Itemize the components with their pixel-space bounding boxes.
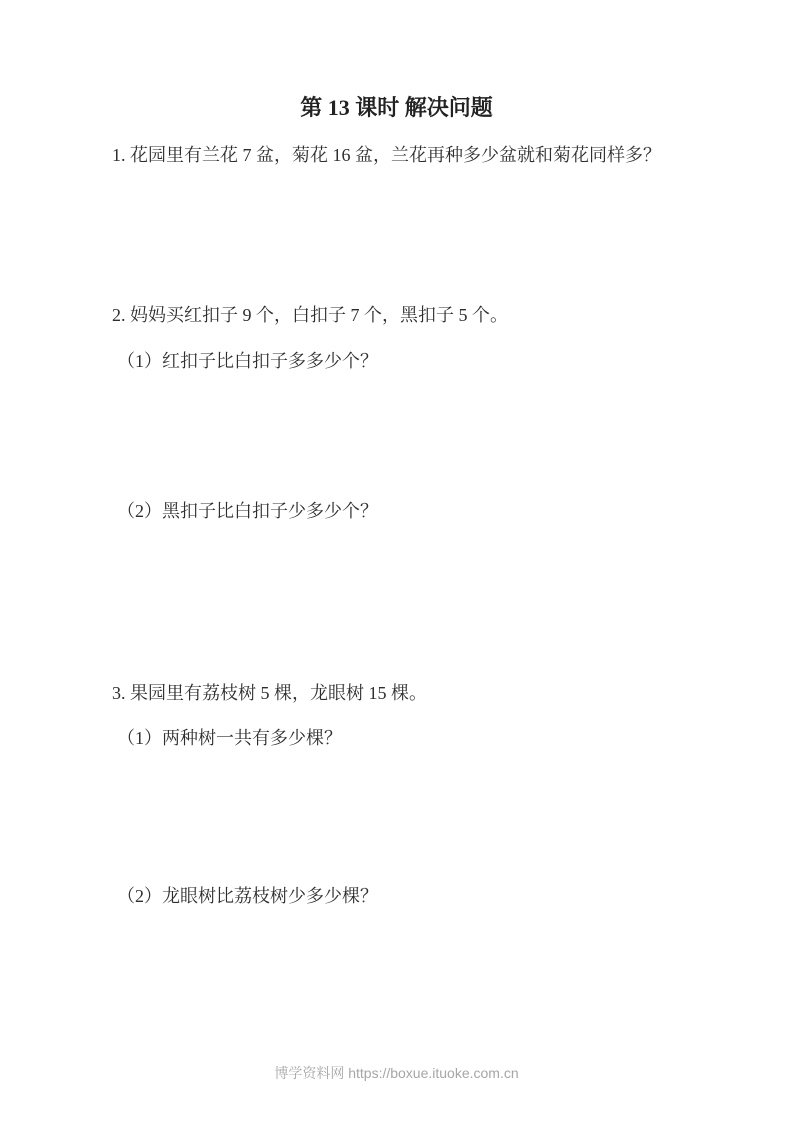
question-2-text: 2. 妈妈买红扣子 9 个，白扣子 7 个，黑扣子 5 个。 (112, 304, 508, 327)
page-title: 第 13 课时 解决问题 (0, 94, 793, 123)
question-2-sub-2-text: （2）黑扣子比白扣子少多少个？ (117, 500, 378, 523)
question-1-text: 1. 花园里有兰花 7 盆，菊花 16 盆，兰花再种多少盆就和菊花同样多？ (112, 144, 661, 167)
footer-watermark: 博学资料网 https://boxue.ituoke.com.cn (0, 1064, 793, 1084)
question-2-sub-1-text: （1）红扣子比白扣子多多少个？ (117, 350, 378, 373)
worksheet-page: 第 13 课时 解决问题 1. 花园里有兰花 7 盆，菊花 16 盆，兰花再种多… (0, 0, 793, 1122)
question-3-sub-1-text: （1）两种树一共有多少棵？ (117, 727, 342, 750)
question-3-sub-2-text: （2）龙眼树比荔枝树少多少棵？ (117, 885, 378, 908)
question-3-text: 3. 果园里有荔枝树 5 棵，龙眼树 15 棵。 (112, 682, 427, 705)
